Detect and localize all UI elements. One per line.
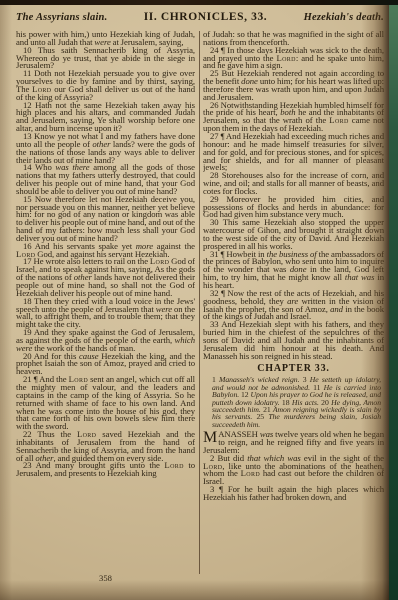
verse-number: 32 bbox=[210, 288, 219, 298]
verse-number: 22 bbox=[23, 429, 32, 439]
verse-number: 28 bbox=[210, 170, 219, 180]
verse-19: 19 And they spake against the God of Jer… bbox=[16, 329, 195, 353]
verse-2: 2 But did that which was evil in the sig… bbox=[203, 455, 384, 486]
divine-name-small-caps: Lord bbox=[164, 460, 183, 470]
verse-number: 11 bbox=[23, 68, 31, 78]
book-cover-edge bbox=[389, 0, 398, 600]
verse-number: 27 bbox=[210, 131, 219, 141]
divine-name-small-caps: Lord bbox=[32, 84, 51, 94]
verse-33: 33 And Hezekiah slept with his fathers, … bbox=[203, 321, 384, 360]
divine-name-small-caps: Lord bbox=[203, 461, 222, 471]
verse-number: 33 bbox=[210, 319, 219, 329]
verse-29: 29 Moreover he provided him cities, and … bbox=[203, 196, 384, 220]
verse-number: 19 bbox=[23, 327, 32, 337]
verse-number: 15 bbox=[23, 194, 32, 204]
divine-name-small-caps: Lord bbox=[69, 374, 88, 384]
verse-14: 14 Who was there among all the gods of t… bbox=[16, 164, 195, 195]
pilcrow-mark: ¶ bbox=[221, 45, 225, 55]
page-number: 358 bbox=[16, 573, 195, 583]
verse-number: 31 bbox=[210, 249, 219, 259]
drop-cap: M bbox=[203, 431, 218, 445]
divine-name-small-caps: Lord bbox=[276, 53, 295, 63]
verse-23: 23 And many brought gifts unto the Lord … bbox=[16, 462, 195, 478]
verse-number: 17 bbox=[23, 256, 32, 266]
verse-number: 29 bbox=[210, 194, 219, 204]
running-head-title: II. CHRONICLES, 33. bbox=[144, 11, 268, 23]
verse-15: 15 Now therefore let not Hezekiah deceiv… bbox=[16, 196, 195, 243]
verse-17: 17 He wrote also letters to rail on the … bbox=[16, 258, 195, 297]
verse-31: 31 ¶ Howbeit in the business of the amba… bbox=[203, 251, 384, 290]
verse-32: 32 ¶ Now the rest of the acts of Hezekia… bbox=[203, 290, 384, 321]
verse-number: 3 bbox=[210, 484, 214, 494]
verse-18: 18 Then they cried with a loud voice in … bbox=[16, 298, 195, 329]
divine-name-small-caps: Lord bbox=[77, 429, 96, 439]
verse-28: 28 Storehouses also for the increase of … bbox=[203, 172, 384, 196]
verse-11: 11 Doth not Hezekiah persuade you to giv… bbox=[16, 70, 195, 101]
verse-10: 10 Thus saith Sennacherib king of Assyri… bbox=[16, 47, 195, 71]
running-head-left: The Assyrians slain. bbox=[16, 12, 107, 23]
verse-number: 30 bbox=[210, 217, 219, 227]
pilcrow-mark: ¶ bbox=[221, 288, 225, 298]
text-body: his power with him,) unto Hezekiah king … bbox=[16, 31, 384, 574]
verse-number: 10 bbox=[23, 45, 32, 55]
pilcrow-mark: ¶ bbox=[221, 131, 225, 141]
divine-name-small-caps: Lord bbox=[150, 256, 169, 266]
page-left-shadow bbox=[0, 0, 12, 600]
running-head-right: Hezekiah's death. bbox=[304, 12, 384, 23]
verse-30: 30 This same Hezekiah also stopped the u… bbox=[203, 219, 384, 250]
verse-number: 21 bbox=[23, 374, 32, 384]
verse-25: 25 But Hezekiah rendered not again accor… bbox=[203, 70, 384, 101]
verse-27: 27 ¶ And Hezekiah had exceeding much ric… bbox=[203, 133, 384, 172]
photo-top-edge bbox=[0, 0, 398, 5]
verse-13: 13 Know ye not what I and my fathers hav… bbox=[16, 133, 195, 164]
verse-number: 14 bbox=[23, 162, 32, 172]
verse-number: 23 bbox=[23, 460, 32, 470]
verse-12: 12 Hath not the same Hezekiah taken away… bbox=[16, 102, 195, 133]
text-column-left: his power with him,) unto Hezekiah king … bbox=[16, 31, 195, 574]
verse-number: 24 bbox=[210, 45, 219, 55]
verse-20: 20 And for this cause Hezekiah the king,… bbox=[16, 353, 195, 377]
divine-name-small-caps: Lord bbox=[329, 115, 348, 125]
verse-22: 22 Thus the Lord saved Hezekiah and the … bbox=[16, 431, 195, 462]
pilcrow-mark: ¶ bbox=[34, 374, 38, 384]
verse-number: 13 bbox=[23, 131, 32, 141]
running-head: The Assyrians slain. II. CHRONICLES, 33.… bbox=[16, 11, 384, 23]
verse-number: 12 bbox=[23, 100, 32, 110]
page-bottom-shadow bbox=[0, 580, 389, 600]
verse-number: 25 bbox=[210, 68, 219, 78]
text-column-right: of Judah: so that he was magnified in th… bbox=[203, 31, 384, 574]
verse-number: 20 bbox=[23, 351, 32, 361]
book-page-photo: The Assyrians slain. II. CHRONICLES, 33.… bbox=[0, 0, 398, 600]
verse-number: 26 bbox=[210, 100, 219, 110]
verse-21: 21 ¶ And the Lord sent an angel, which c… bbox=[16, 376, 195, 431]
column-divider bbox=[199, 31, 200, 574]
chapter-heading: CHAPTER 33. bbox=[203, 365, 384, 373]
chapter-summary: 1 Manasseh's wicked reign. 3 He setteth … bbox=[203, 376, 384, 428]
divine-name-small-caps: Lord bbox=[241, 468, 260, 478]
verse-3: 3 ¶ For he built again the high places w… bbox=[203, 486, 384, 502]
verse-continuation: MANASSEH was twelve years old when he be… bbox=[203, 431, 384, 455]
verse-number: 18 bbox=[23, 296, 32, 306]
pilcrow-mark: ¶ bbox=[221, 249, 225, 259]
pilcrow-mark: ¶ bbox=[219, 484, 223, 494]
verse-24: 24 ¶ In those days Hezekiah was sick to … bbox=[203, 47, 384, 71]
verse-26: 26 Notwithstanding Hezekiah humbled hims… bbox=[203, 102, 384, 133]
